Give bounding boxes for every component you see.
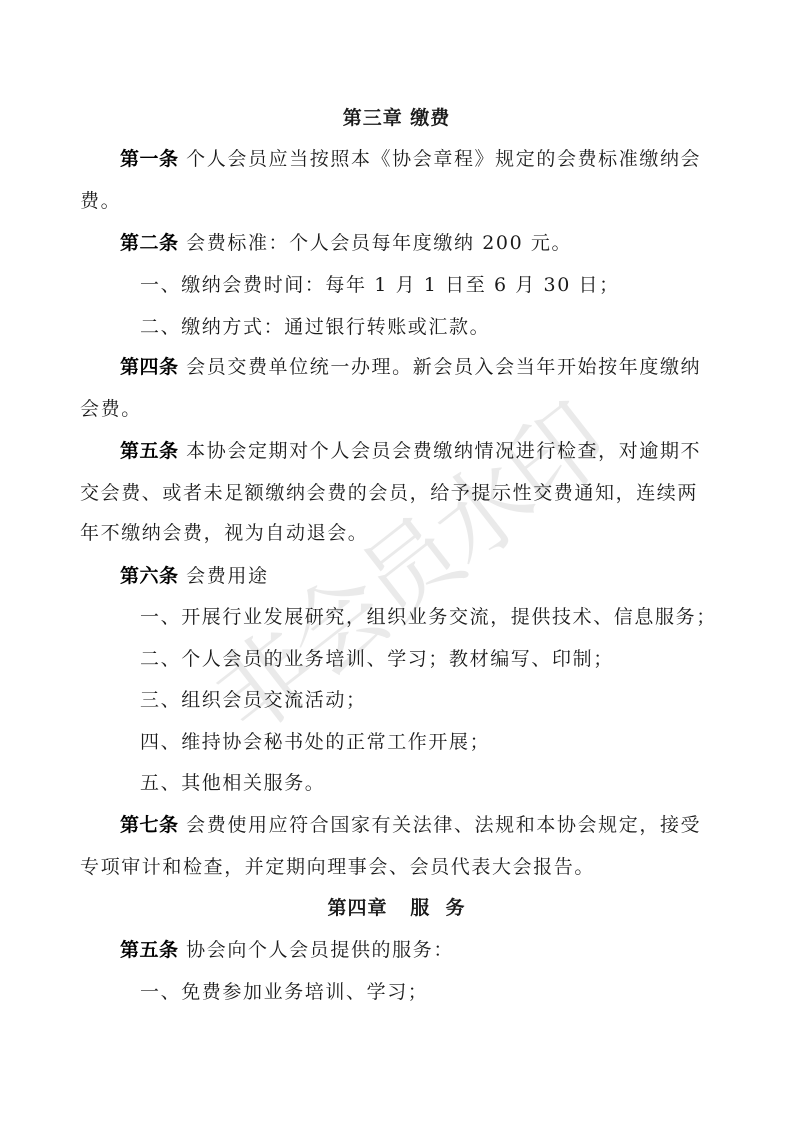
article-4: 第四条 会员交费单位统一办理。新会员入会当年开始按年度缴纳 [120,355,793,379]
article-text: 会费用途 [186,565,268,587]
list-item: 二、缴纳方式：通过银行转账或汇款。 [140,315,793,339]
article-label: 第二条 [120,232,179,254]
document-page: 非会员水印 第三章 缴费 第一条 个人会员应当按照本《协会章程》规定的会费标准缴… [0,0,793,1122]
article-1-cont: 费。 [80,189,793,213]
article-7: 第七条 会费使用应符合国家有关法律、法规和本协会规定，接受 [120,813,793,837]
article-6: 第六条 会费用途 [120,564,793,588]
list-item: 四、维持协会秘书处的正常工作开展； [140,730,793,754]
article-7-cont: 专项审计和检查，并定期向理事会、会员代表大会报告。 [80,855,793,879]
article-text: 协会向个人会员提供的服务： [186,939,454,961]
article-text: 会费标准：个人会员每年度缴纳 200 元。 [186,232,572,254]
article-label: 第五条 [120,939,179,961]
article-5-cont: 年不缴纳会费，视为自动退会。 [80,521,793,545]
article-label: 第六条 [120,565,179,587]
article-5: 第五条 本协会定期对个人会员会费缴纳情况进行检查，对逾期不 [120,439,793,463]
article-1: 第一条 个人会员应当按照本《协会章程》规定的会费标准缴纳会 [120,147,740,171]
article-label: 第七条 [120,814,179,836]
list-item: 一、免费参加业务培训、学习； [140,980,793,1004]
list-item: 五、其他相关服务。 [140,771,793,795]
chapter-4-article-5: 第五条 协会向个人会员提供的服务： [120,938,793,962]
article-text: 本协会定期对个人会员会费缴纳情况进行检查，对逾期不 [186,440,701,462]
article-text: 会员交费单位统一办理。新会员入会当年开始按年度缴纳 [186,356,701,378]
article-5-cont: 交会费、或者未足额缴纳会费的会员，给予提示性交费通知，连续两 [80,481,793,505]
article-2: 第二条 会费标准：个人会员每年度缴纳 200 元。 [120,231,793,255]
chapter-3-title: 第三章 缴费 [0,106,793,130]
article-4-cont: 会费。 [80,397,793,421]
article-label: 第五条 [120,440,179,462]
article-text: 会费使用应符合国家有关法律、法规和本协会规定，接受 [186,814,701,836]
list-item: 一、缴纳会费时间：每年 1 月 1 日至 6 月 30 日； [140,273,793,297]
list-item: 二、个人会员的业务培训、学习；教材编写、印制； [140,647,793,671]
article-label: 第一条 [120,148,179,170]
article-text: 个人会员应当按照本《协会章程》规定的会费标准缴纳会 [186,148,701,170]
chapter-4-title: 第四章 服 务 [0,896,793,920]
list-item: 一、开展行业发展研究，组织业务交流，提供技术、信息服务； [140,605,793,629]
article-label: 第四条 [120,356,179,378]
list-item: 三、组织会员交流活动； [140,688,793,712]
